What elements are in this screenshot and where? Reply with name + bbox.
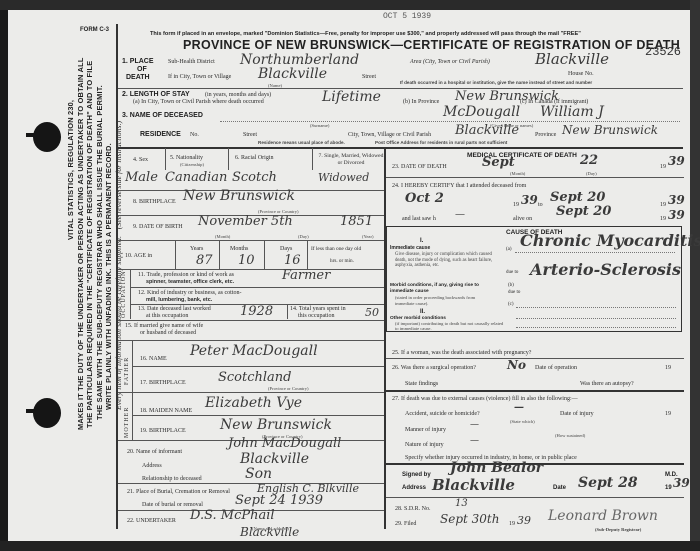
divider bbox=[118, 340, 384, 341]
value-registrar-signature[interactable]: Leonard Brown bbox=[548, 508, 658, 524]
label-relationship: Relationship to deceased bbox=[142, 476, 202, 482]
value-nature[interactable]: — bbox=[470, 436, 479, 446]
value-death-month[interactable]: Sept bbox=[482, 155, 515, 170]
label-death: DEATH bbox=[126, 74, 150, 81]
punch-hole-stem bbox=[26, 133, 36, 137]
label-spouse-2: or husband of deceased bbox=[140, 330, 196, 336]
value-sig-date[interactable]: Sept 28 bbox=[578, 475, 638, 491]
scan-border-bottom bbox=[0, 541, 700, 551]
label-accident: Accident, suicide or homicide? bbox=[405, 411, 480, 417]
label-length-b: (b) In Province bbox=[403, 99, 439, 105]
value-deceased-surname[interactable]: McDougall bbox=[443, 104, 520, 120]
value-filed[interactable]: Sept 30th bbox=[440, 512, 499, 526]
hint-immediate-cause: Give disease, injury or complication whi… bbox=[395, 252, 495, 269]
label-address: Address bbox=[142, 463, 162, 469]
divider bbox=[133, 415, 384, 416]
label-date-of-death: 23. DATE OF DEATH bbox=[392, 164, 447, 170]
value-undertaker-address[interactable]: Blackville bbox=[240, 525, 299, 539]
value-mother-maiden[interactable]: Elizabeth Vye bbox=[205, 395, 302, 411]
value-dob-year[interactable]: 1851 bbox=[340, 214, 373, 229]
label-undertaker: 22. UNDERTAKER bbox=[127, 518, 176, 524]
divider bbox=[386, 390, 684, 392]
hint-length: (in years, months and days) bbox=[205, 92, 271, 98]
label-res-street: Street bbox=[243, 132, 257, 138]
column-divider bbox=[384, 147, 386, 529]
value-informant-address[interactable]: Blackville bbox=[240, 451, 309, 467]
label-c: (c) bbox=[508, 302, 514, 307]
value-last-worked[interactable]: 1928 bbox=[240, 304, 273, 319]
divider bbox=[307, 241, 308, 269]
hint-surname: (Surname) bbox=[310, 123, 329, 128]
hint-morbid: (stated in order proceeding backwards fr… bbox=[395, 295, 495, 306]
cause-a-line bbox=[515, 252, 675, 253]
value-cause-a[interactable]: Chronic Myocarditis bbox=[520, 231, 700, 250]
value-sig-year[interactable]: 39 bbox=[673, 476, 690, 490]
punch-hole-top bbox=[33, 122, 61, 152]
value-relationship[interactable]: Son bbox=[245, 466, 272, 482]
registration-number: 23526 bbox=[645, 45, 681, 59]
label-b: (b) bbox=[508, 283, 514, 288]
label-19: 19 bbox=[509, 521, 515, 527]
label-signed-by: Signed by bbox=[402, 472, 431, 478]
label-manner: Manner of injury bbox=[405, 427, 446, 433]
value-attended-to[interactable]: Sept 20 bbox=[550, 190, 605, 205]
value-sdr-no[interactable]: 13 bbox=[455, 498, 468, 509]
label-residence: RESIDENCE bbox=[140, 131, 181, 138]
value-age-days[interactable]: 16 bbox=[284, 253, 301, 268]
value-area[interactable]: Blackville bbox=[535, 50, 609, 68]
label-due-to-2: due to bbox=[508, 290, 520, 295]
divider bbox=[219, 241, 220, 269]
hint-day: (Day) bbox=[298, 234, 309, 239]
label-nationality: 5. Nationality bbox=[170, 155, 203, 161]
divider bbox=[312, 148, 313, 170]
divider bbox=[132, 340, 133, 440]
label-autopsy: Was there an autopsy? bbox=[580, 381, 634, 387]
label-less-than-day: If less than one day old bbox=[311, 246, 361, 252]
value-accident[interactable]: — bbox=[514, 402, 524, 413]
divider bbox=[118, 269, 384, 270]
label-mother: MOTHER bbox=[124, 407, 130, 438]
value-total-years[interactable]: 50 bbox=[365, 306, 379, 319]
label-name-of-deceased: 3. NAME OF DECEASED bbox=[122, 112, 203, 119]
label-mother-birthplace: 19. BIRTHPLACE bbox=[140, 428, 186, 434]
value-length-a[interactable]: Lifetime bbox=[322, 89, 381, 105]
hint-month: (Month) bbox=[510, 171, 525, 176]
value-age-months[interactable]: 10 bbox=[238, 253, 255, 268]
value-dob-month-day[interactable]: November 5th bbox=[198, 214, 293, 229]
scan-border-top bbox=[0, 0, 700, 10]
value-residence-province[interactable]: New Brunswick bbox=[562, 123, 658, 137]
value-alive-on[interactable]: Sept 20 bbox=[556, 204, 611, 219]
margin-line-4: THE SAME WITH THE SUB-DEPUTY REGISTRAR W… bbox=[95, 57, 105, 430]
residence-note-2: Post Office Address for residents in rur… bbox=[375, 140, 507, 145]
label-of: OF bbox=[137, 66, 147, 73]
value-manner[interactable]: — bbox=[470, 420, 479, 430]
label-age: 10. AGE in bbox=[125, 253, 152, 259]
value-undertaker[interactable]: D.S. McPhail bbox=[190, 508, 275, 523]
label-trade-2: spinner, teamster, office clerk, etc. bbox=[146, 279, 234, 285]
label-father: FATHER bbox=[124, 357, 130, 385]
value-trade[interactable]: Farmer bbox=[282, 268, 330, 283]
form-number: FORM C-3 bbox=[80, 27, 109, 33]
value-informant[interactable]: John MacDougall bbox=[228, 436, 341, 451]
received-stamp: OCT 5 1939 bbox=[383, 12, 431, 21]
label-trade: 11. Trade, profession or kind of work as bbox=[138, 272, 234, 278]
other-morbid-line-2 bbox=[516, 327, 676, 328]
label-total-years: 14. Total years spent in bbox=[290, 306, 346, 312]
label-months: Months bbox=[230, 246, 248, 252]
label-father-name: 16. NAME bbox=[140, 356, 167, 362]
value-age-years[interactable]: 87 bbox=[196, 253, 213, 268]
label-sex: 4. Sex bbox=[133, 157, 148, 163]
label-external: 27. If death was due to external causes … bbox=[392, 396, 578, 402]
label-filed: 29. Filed bbox=[395, 521, 416, 527]
label-place: 1. PLACE bbox=[122, 58, 154, 65]
form-left-border bbox=[116, 24, 118, 529]
divider bbox=[165, 148, 166, 170]
value-last-saw[interactable]: — bbox=[455, 209, 465, 220]
value-attended-from-year[interactable]: 39 bbox=[521, 193, 538, 207]
label-19: 19 bbox=[665, 411, 671, 417]
value-burial-date[interactable]: Sept 24 1939 bbox=[235, 493, 323, 508]
label-city-town-village: If in City, Town or Village bbox=[168, 74, 231, 80]
value-death-day[interactable]: 22 bbox=[580, 153, 598, 168]
value-deceased-given[interactable]: William J bbox=[540, 104, 604, 120]
label-to: to bbox=[538, 202, 543, 208]
label-total-years-2: this occupation bbox=[298, 313, 335, 319]
punch-hole-bottom bbox=[33, 398, 61, 428]
value-death-year[interactable]: 39 bbox=[668, 154, 685, 168]
value-attended-to-year[interactable]: 39 bbox=[668, 193, 685, 207]
label-marital: 7. Single, Married, Widowed or Divorced bbox=[318, 153, 384, 167]
punch-hole-stem bbox=[26, 409, 36, 413]
label-occupation: OCCUPATION bbox=[121, 271, 127, 318]
label-days: Days bbox=[280, 246, 292, 252]
label-due-to: due to bbox=[506, 270, 518, 275]
label-last-saw: and last saw h bbox=[402, 216, 436, 222]
divider bbox=[118, 88, 683, 89]
value-birthplace[interactable]: New Brunswick bbox=[183, 188, 295, 204]
hint-province-country: (Province or Country) bbox=[268, 386, 309, 391]
label-industry: 12. Kind of industry or business, as cot… bbox=[138, 290, 242, 296]
label-racial-origin: 6. Racial Origin bbox=[235, 155, 274, 161]
label-cause-I: I. bbox=[420, 238, 423, 244]
other-morbid-line-1 bbox=[516, 318, 676, 319]
hint-sub-deputy: (Sub-Deputy Registrar) bbox=[595, 527, 641, 532]
label-length-of-stay: 2. LENGTH OF STAY bbox=[122, 91, 190, 98]
label-cause-II: II. bbox=[420, 309, 425, 315]
divider bbox=[118, 240, 384, 241]
label-dob: 9. DATE OF BIRTH bbox=[133, 224, 183, 230]
divider bbox=[386, 358, 684, 359]
label-date-injury: Date of injury bbox=[560, 411, 594, 417]
label-years: Years bbox=[190, 246, 203, 252]
label-father-birthplace: 17. BIRTHPLACE bbox=[140, 380, 186, 386]
label-res-no: No. bbox=[190, 132, 199, 138]
value-surgical[interactable]: No bbox=[507, 358, 526, 372]
label-19: 19 bbox=[665, 485, 672, 491]
margin-line-1: VITAL STATISTICS, REGULATION 230, bbox=[66, 57, 76, 430]
name-line bbox=[220, 121, 680, 122]
hint-state-which: (State which) bbox=[510, 419, 535, 424]
hint-day: (Day) bbox=[586, 171, 597, 176]
label-last-worked: 13. Date deceased last worked bbox=[138, 306, 211, 312]
label-19: 19 bbox=[665, 365, 671, 371]
divider bbox=[133, 366, 384, 367]
label-burial-place: 21. Place of Burial, Cremation or Remova… bbox=[127, 489, 230, 495]
divider bbox=[118, 392, 384, 393]
label-length-a: (a) In City, Town or Civil Parish where … bbox=[133, 99, 264, 105]
label-spouse: 15. If married give name of wife bbox=[125, 323, 203, 329]
label-19: 19 bbox=[660, 216, 666, 222]
hint-other-morbid: (if important) contributing to death but… bbox=[395, 321, 505, 331]
label-sub-health-district: Sub-Health District bbox=[168, 59, 215, 65]
label-birthplace: 8. BIRTHPLACE bbox=[133, 199, 176, 205]
label-immediate-cause: Immediate cause bbox=[390, 245, 430, 251]
divider bbox=[131, 287, 384, 288]
hospital-note: If death occurred in a hospital or insti… bbox=[400, 80, 592, 85]
label-industry-2: mill, lumbering, bank, etc. bbox=[146, 297, 212, 303]
label-19: 19 bbox=[660, 202, 666, 208]
margin-line-2: MAKES IT THE DUTY OF THE UNDERTAKER OR P… bbox=[76, 57, 86, 430]
value-marital[interactable]: Widowed bbox=[318, 171, 369, 184]
label-informant: 20. Name of informant bbox=[127, 449, 182, 455]
label-res-province: Province bbox=[535, 132, 556, 138]
value-sex[interactable]: Male bbox=[125, 170, 158, 185]
label-hrs-min: hrs. or min. bbox=[330, 258, 354, 264]
label-state-findings: State findings bbox=[405, 381, 438, 387]
label-pregnancy: 25. If a woman, was the death associated… bbox=[392, 350, 531, 356]
value-father-birthplace[interactable]: Scotchland bbox=[218, 370, 292, 385]
divider bbox=[130, 269, 131, 319]
cause-c-line bbox=[516, 307, 676, 308]
divider bbox=[386, 497, 684, 498]
value-signed-by[interactable]: John Bealor bbox=[450, 460, 543, 476]
label-area: Area (City, Town or Civil Parish) bbox=[410, 59, 490, 65]
value-attended-from[interactable]: Oct 2 bbox=[405, 191, 444, 206]
label-res-city: City, Town, Village or Civil Parish bbox=[348, 132, 431, 138]
scan-border-right bbox=[690, 0, 700, 551]
value-city-town-village[interactable]: Blackville bbox=[258, 66, 327, 82]
label-certify: 24. I HEREBY CERTIFY that I attended dec… bbox=[392, 183, 526, 189]
label-mother-maiden: 18. MAIDEN NAME bbox=[140, 408, 192, 414]
label-sdr-no: 28. S.D.R. No. bbox=[395, 506, 431, 512]
divider bbox=[118, 320, 384, 321]
value-nationality[interactable]: Canadian bbox=[165, 170, 227, 185]
label-street: Street bbox=[362, 74, 376, 80]
mail-notice: This form if placed in an envelope, mark… bbox=[150, 31, 581, 37]
hint-how-sustained: (How sustained) bbox=[555, 433, 585, 438]
label-date-operation: Date of operation bbox=[535, 365, 577, 371]
label-house-no: House No. bbox=[568, 71, 594, 77]
divider bbox=[175, 241, 176, 269]
margin-line-5: WRITE PLAINLY WITH UNFADING INK. THIS IS… bbox=[104, 57, 114, 430]
value-father-name[interactable]: Peter MacDougall bbox=[190, 343, 318, 359]
value-cause-b[interactable]: Arterio-Sclerosis bbox=[530, 260, 681, 279]
value-alive-year[interactable]: 39 bbox=[668, 208, 685, 222]
value-residence-city[interactable]: Blackville bbox=[455, 123, 519, 138]
label-last-worked-2: at this occupation bbox=[146, 313, 188, 319]
label-alive-on: alive on bbox=[513, 216, 532, 222]
hint-citizenship: (Citizenship) bbox=[180, 162, 204, 167]
label-nature: Nature of injury bbox=[405, 442, 444, 448]
value-racial-origin[interactable]: Scotch bbox=[232, 170, 277, 185]
value-sig-address[interactable]: Blackville bbox=[432, 476, 515, 494]
divider bbox=[386, 177, 684, 178]
margin-line-3: THE PARTICULARS REQUIRED IN THE "CERTIFI… bbox=[85, 57, 95, 430]
label-surgical: 26. Was there a surgical operation? bbox=[392, 365, 476, 371]
label-19: 19 bbox=[513, 202, 519, 208]
label-sig-address: Address bbox=[402, 485, 426, 491]
divider bbox=[228, 148, 229, 170]
value-mother-birthplace[interactable]: New Brunswick bbox=[220, 417, 332, 433]
label-sig-date: Date bbox=[553, 485, 566, 491]
divider bbox=[118, 147, 683, 149]
hint-month: (Month) bbox=[215, 234, 230, 239]
margin-instructions: VITAL STATISTICS, REGULATION 230, MAKES … bbox=[66, 57, 124, 430]
divider bbox=[264, 241, 265, 269]
value-filed-year[interactable]: 39 bbox=[517, 514, 531, 527]
label-morbid: Morbid conditions, if any, giving rise t… bbox=[390, 283, 502, 295]
divider bbox=[287, 305, 288, 319]
residence-note: Residence means usual place of abode. bbox=[258, 140, 345, 145]
label-a: (a) bbox=[506, 247, 512, 252]
hint-year: (Year) bbox=[362, 234, 374, 239]
label-19: 19 bbox=[660, 164, 666, 170]
